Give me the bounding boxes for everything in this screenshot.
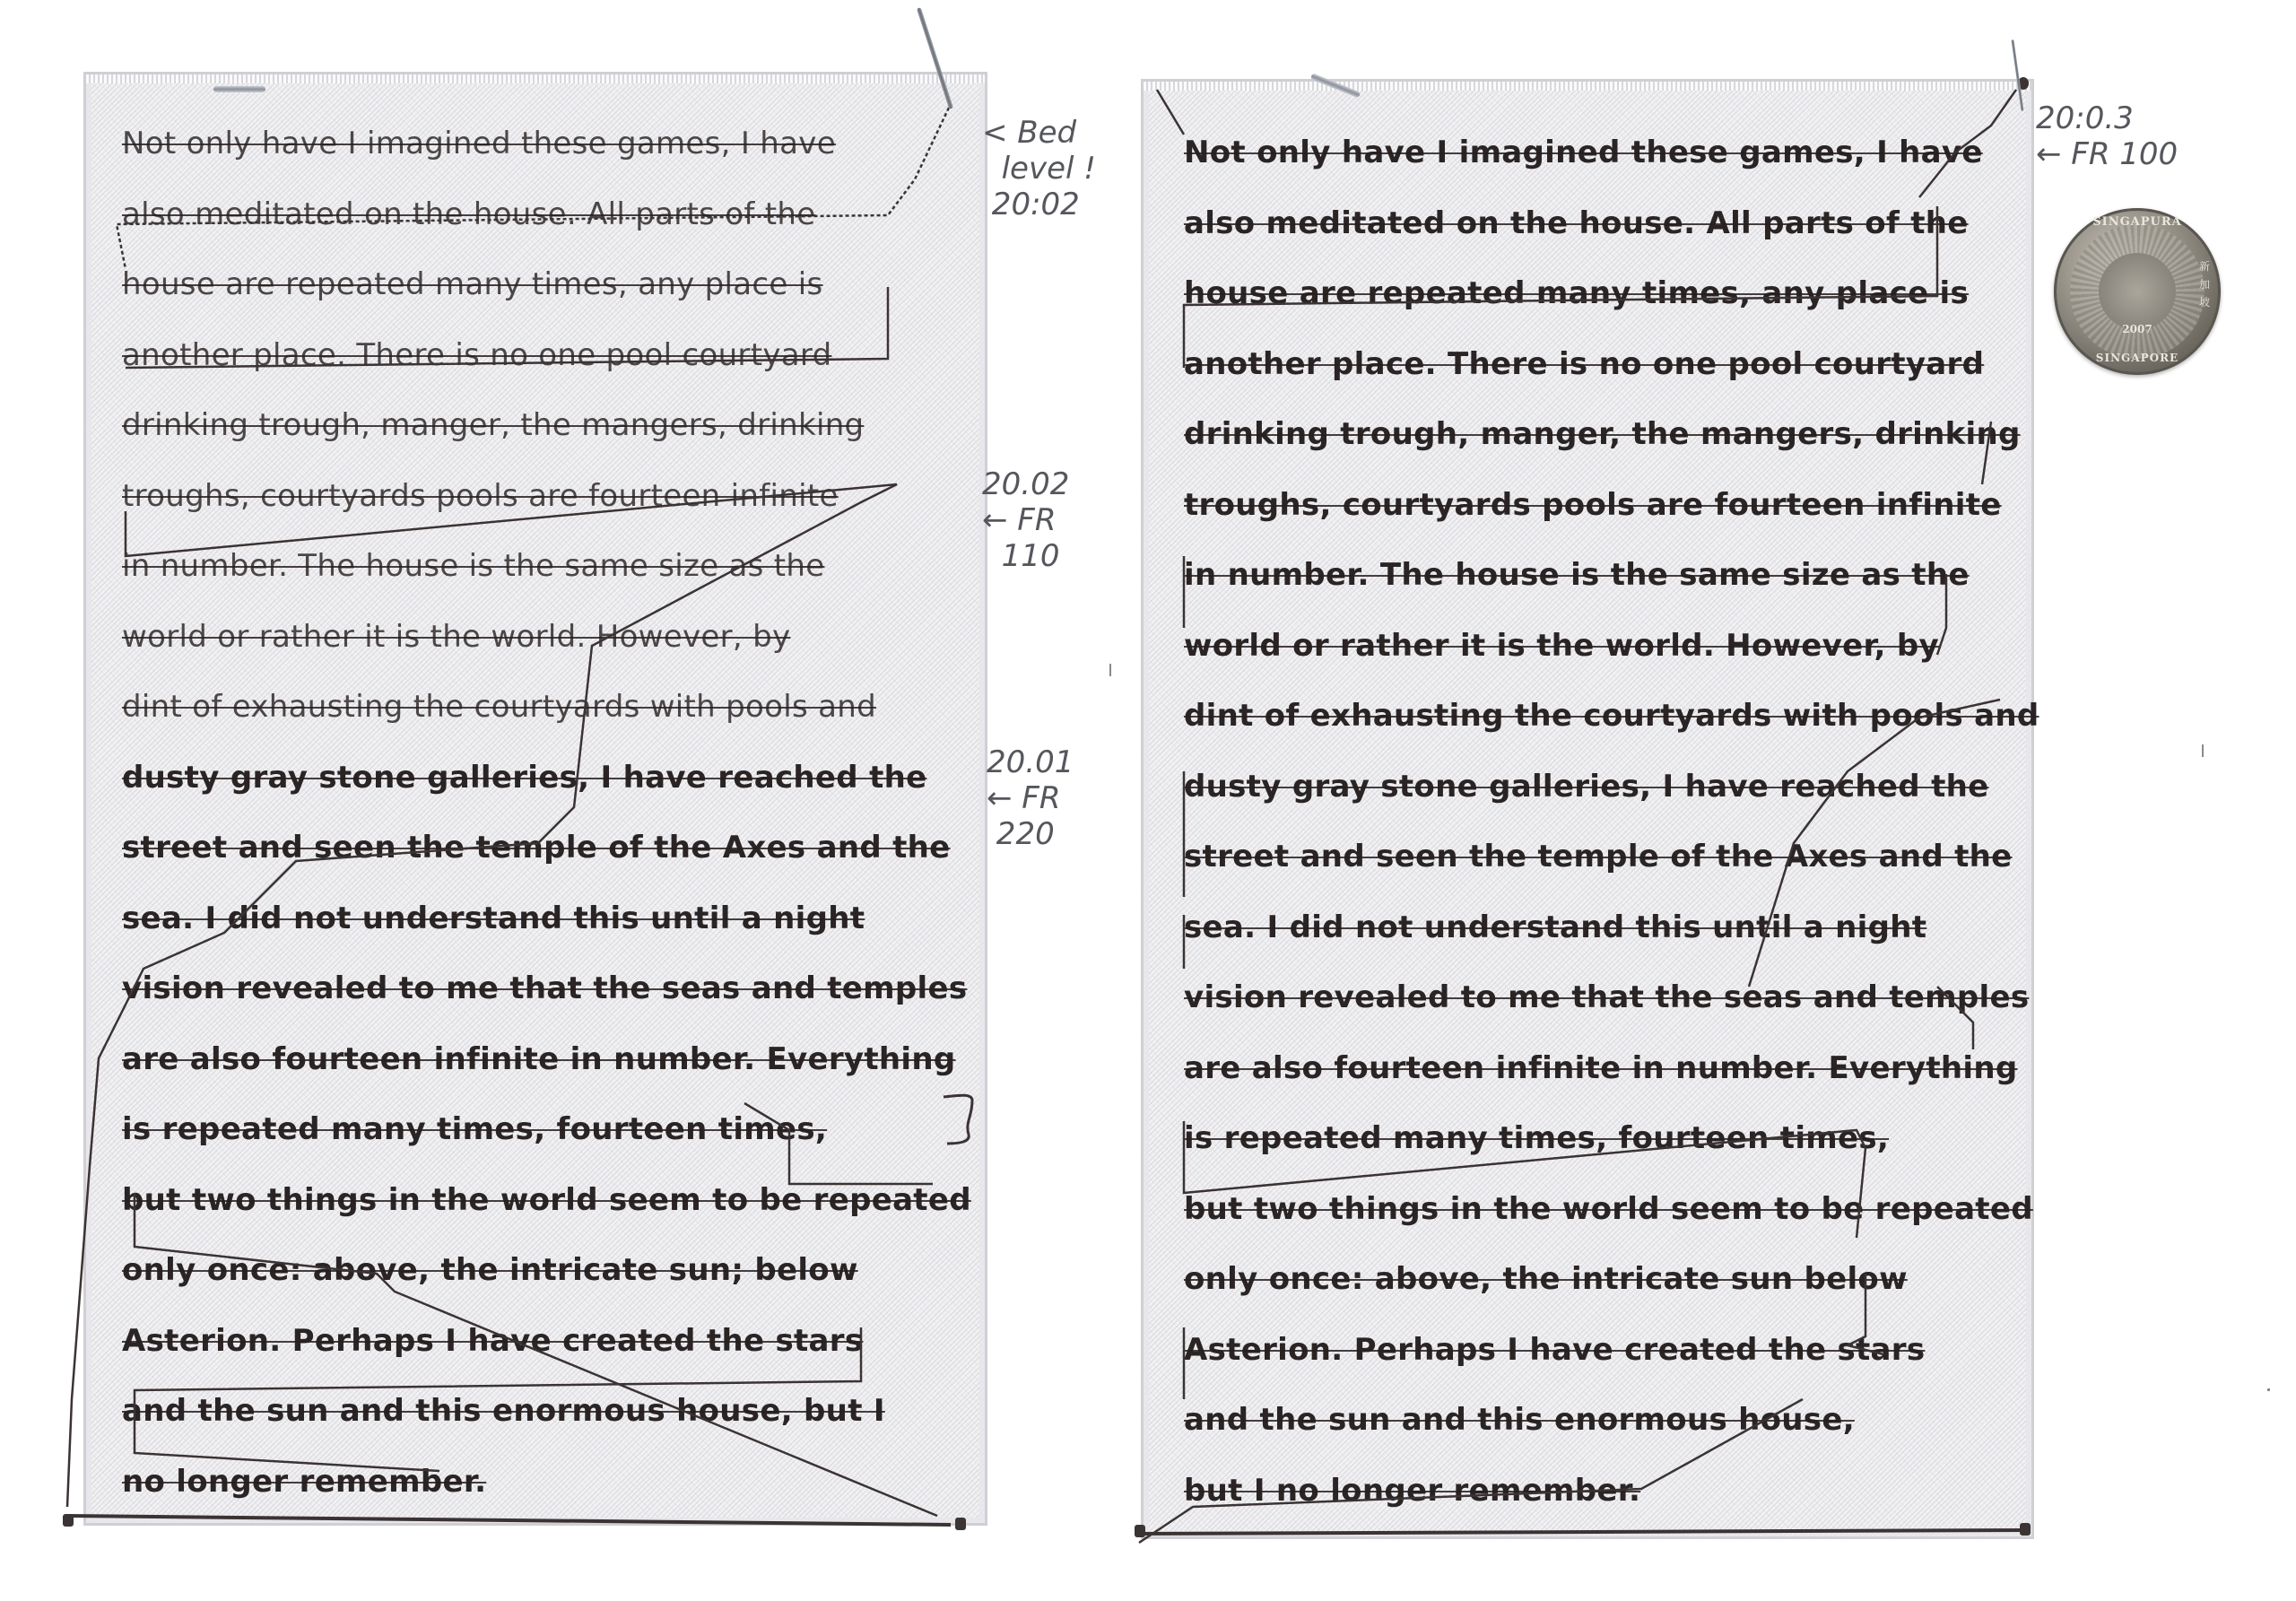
text-line: Asterion. Perhaps I have created the sta… (122, 1306, 949, 1377)
text-line: world or rather it is the world. However… (122, 602, 949, 673)
right-printed-sheet: Not only have I imagined these games, I … (1141, 79, 2034, 1539)
text-line: only once: above, the intricate sun belo… (1184, 1244, 1996, 1315)
coin-side-text: 新加坡 (2197, 257, 2212, 311)
coin-emblem-icon (2099, 253, 2176, 330)
text-line: is repeated many times, fourteen times, (122, 1094, 949, 1165)
left-top-clip (213, 86, 265, 92)
text-line: street and seen the temple of the Axes a… (1184, 822, 1996, 892)
text-line: in number. The house is the same size as… (1184, 540, 1996, 611)
annotation-fr-220: 20.01 ← FR 220 (987, 744, 1074, 852)
text-line: Asterion. Perhaps I have created the sta… (1184, 1315, 1996, 1386)
text-line: troughs, courtyards pools are fourteen i… (1184, 470, 1996, 541)
text-line: no longer remember. (122, 1447, 949, 1518)
text-line: is repeated many times, fourteen times, (1184, 1103, 1996, 1174)
text-line: dusty gray stone galleries, I have reach… (122, 743, 949, 814)
text-line: another place. There is no one pool cour… (122, 320, 949, 391)
text-line: drinking trough, manger, the mangers, dr… (122, 390, 949, 461)
text-line: sea. I did not understand this until a n… (122, 883, 949, 954)
text-line: world or rather it is the world. However… (1184, 611, 1996, 682)
text-line: but two things in the world seem to be r… (122, 1165, 949, 1236)
scan-mark (1109, 664, 1111, 676)
text-line: but I no longer remember. (1184, 1456, 1996, 1527)
scan-mark (2267, 1388, 2270, 1391)
left-printed-sheet: Not only have I imagined these games, I … (83, 72, 987, 1526)
text-line: vision revealed to me that the seas and … (1184, 962, 1996, 1033)
right-bottom-left-corner-dot (1135, 1525, 1145, 1537)
text-line: also meditated on the house. All parts o… (1184, 188, 1996, 259)
text-line: dint of exhausting the courtyards with p… (122, 672, 949, 743)
text-line: Not only have I imagined these games, I … (122, 109, 949, 179)
text-line: troughs, courtyards pools are fourteen i… (122, 461, 949, 532)
text-line: street and seen the temple of the Axes a… (122, 813, 949, 883)
text-line: dint of exhausting the courtyards with p… (1184, 681, 1996, 752)
text-line: are also fourteen infinite in number. Ev… (1184, 1033, 1996, 1104)
text-line: another place. There is no one pool cour… (1184, 329, 1996, 400)
text-line: also meditated on the house. All parts o… (122, 179, 949, 250)
right-bottom-right-corner-dot (2020, 1523, 2031, 1536)
annotation-bed-level: < Bed level ! 20:02 (982, 115, 1096, 222)
coin-for-scale: SINGAPURA 2007 新加坡 SINGAPORE (2054, 208, 2221, 375)
text-line: drinking trough, manger, the mangers, dr… (1184, 399, 1996, 470)
text-line: sea. I did not understand this until a n… (1184, 892, 1996, 963)
text-line: vision revealed to me that the seas and … (122, 953, 949, 1024)
text-line: dusty gray stone galleries, I have reach… (1184, 752, 1996, 822)
text-line: and the sun and this enormous house, (1184, 1385, 1996, 1456)
coin-bottom-text: SINGAPORE (2054, 352, 2221, 364)
left-bottom-left-corner-dot (63, 1514, 74, 1527)
text-line: house are repeated many times, any place… (1184, 258, 1996, 329)
coin-top-text: SINGAPURA (2054, 215, 2221, 229)
text-line: but two things in the world seem to be r… (1184, 1174, 1996, 1245)
scan-mark (2202, 744, 2204, 757)
annotation-fr-110: 20.02 ← FR 110 (982, 466, 1069, 574)
right-sheet-text: Not only have I imagined these games, I … (1184, 117, 1996, 1526)
text-line: and the sun and this enormous house, but… (122, 1376, 949, 1447)
text-line: only once: above, the intricate sun; bel… (122, 1235, 949, 1306)
coin-year: 2007 (2054, 323, 2221, 335)
annotation-fr-100: 20:0.3 ← FR 100 (2036, 100, 2178, 172)
text-line: Not only have I imagined these games, I … (1184, 117, 1996, 188)
text-line: house are repeated many times, any place… (122, 249, 949, 320)
left-sheet-text: Not only have I imagined these games, I … (122, 109, 949, 1517)
bracket-mark (942, 1090, 978, 1153)
left-bottom-right-corner-dot (955, 1518, 966, 1530)
text-line: in number. The house is the same size as… (122, 531, 949, 602)
text-line: are also fourteen infinite in number. Ev… (122, 1024, 949, 1095)
